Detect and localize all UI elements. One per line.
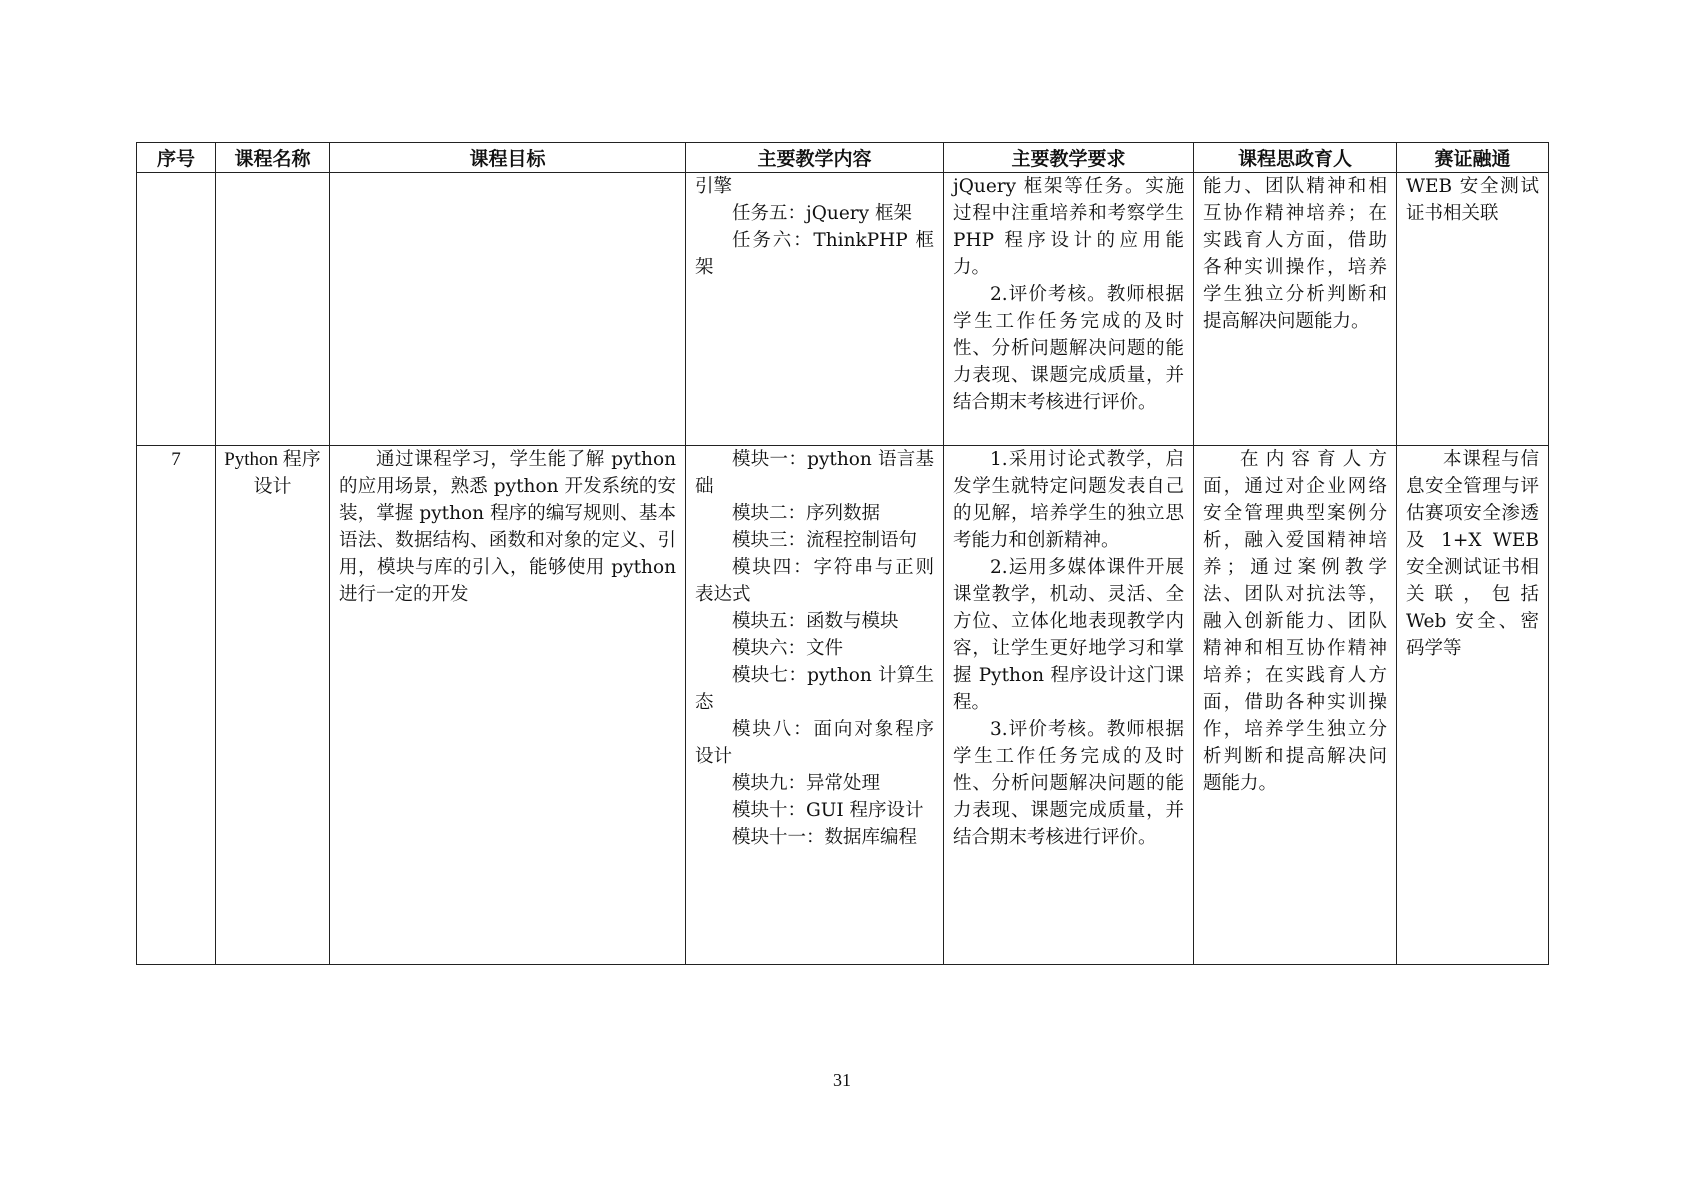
teaching-requirements-cell: 1.采用讨论式教学，启发学生就特定问题发表自己的见解，培养学生的独立思考能力和创… bbox=[944, 446, 1194, 965]
certification-cell: WEB 安全测试证书相关联 bbox=[1397, 173, 1549, 446]
table-row: 引擎任务五：jQuery 框架任务六：ThinkPHP 框架 jQuery 框架… bbox=[137, 173, 1549, 446]
page-number: 31 bbox=[0, 1070, 1684, 1091]
certification-cell: 本课程与信息安全管理与评估赛项安全渗透及 1+X WEB 安全测试证书相关联，包… bbox=[1397, 446, 1549, 965]
course-goal-cell: 通过课程学习，学生能了解 python 的应用场景，熟悉 python 开发系统… bbox=[330, 446, 686, 965]
table-header-row: 序号 课程名称 课程目标 主要教学内容 主要教学要求 课程思政育人 赛证融通 bbox=[137, 143, 1549, 173]
paragraph: WEB 安全测试证书相关联 bbox=[1406, 173, 1539, 227]
table-row: 7 Python 程序设计 通过课程学习，学生能了解 python 的应用场景，… bbox=[137, 446, 1549, 965]
paragraph: 模块四：字符串与正则表达式 bbox=[695, 554, 934, 608]
paragraph: 模块一：python 语言基础 bbox=[695, 446, 934, 500]
paragraph: jQuery 框架等任务。实施过程中注重培养和考察学生 PHP 程序设计的应用能… bbox=[953, 173, 1184, 281]
paragraph: 1.采用讨论式教学，启发学生就特定问题发表自己的见解，培养学生的独立思考能力和创… bbox=[953, 446, 1184, 554]
paragraph: 模块六：文件 bbox=[695, 635, 934, 662]
paragraph: 模块十一：数据库编程 bbox=[695, 824, 934, 851]
paragraph: 模块十：GUI 程序设计 bbox=[695, 797, 934, 824]
header-teaching-requirements: 主要教学要求 bbox=[944, 143, 1194, 173]
seq-cell bbox=[137, 173, 216, 446]
paragraph: 引擎 bbox=[695, 173, 934, 200]
ideology-cell: 能力、团队精神和相互协作精神培养；在实践育人方面，借助各种实训操作，培养学生独立… bbox=[1194, 173, 1397, 446]
paragraph: 模块七：python 计算生态 bbox=[695, 662, 934, 716]
paragraph: 任务五：jQuery 框架 bbox=[695, 200, 934, 227]
teaching-content-cell: 引擎任务五：jQuery 框架任务六：ThinkPHP 框架 bbox=[686, 173, 944, 446]
paragraph: 在内容育人方面，通过对企业网络安全管理典型案例分析，融入爱国精神培养；通过案例教… bbox=[1203, 446, 1387, 797]
teaching-content-cell: 模块一：python 语言基础模块二：序列数据模块三：流程控制语句模块四：字符串… bbox=[686, 446, 944, 965]
paragraph: 任务六：ThinkPHP 框架 bbox=[695, 227, 934, 281]
paragraph: 2.评价考核。教师根据学生工作任务完成的及时性、分析问题解决问题的能力表现、课题… bbox=[953, 281, 1184, 416]
course-table: 序号 课程名称 课程目标 主要教学内容 主要教学要求 课程思政育人 赛证融通 引… bbox=[136, 142, 1549, 965]
paragraph: 能力、团队精神和相互协作精神培养；在实践育人方面，借助各种实训操作，培养学生独立… bbox=[1203, 173, 1387, 335]
paragraph: 通过课程学习，学生能了解 python 的应用场景，熟悉 python 开发系统… bbox=[339, 446, 676, 608]
header-seq: 序号 bbox=[137, 143, 216, 173]
ideology-cell: 在内容育人方面，通过对企业网络安全管理典型案例分析，融入爱国精神培养；通过案例教… bbox=[1194, 446, 1397, 965]
paragraph: 3.评价考核。教师根据学生工作任务完成的及时性、分析问题解决问题的能力表现、课题… bbox=[953, 716, 1184, 851]
course-goal-cell bbox=[330, 173, 686, 446]
paragraph: 模块九：异常处理 bbox=[695, 770, 934, 797]
paragraph: 模块八：面向对象程序设计 bbox=[695, 716, 934, 770]
seq-cell: 7 bbox=[137, 446, 216, 965]
paragraph: 模块五：函数与模块 bbox=[695, 608, 934, 635]
header-teaching-content: 主要教学内容 bbox=[686, 143, 944, 173]
header-course-goal: 课程目标 bbox=[330, 143, 686, 173]
course-name-cell bbox=[216, 173, 330, 446]
header-course-name: 课程名称 bbox=[216, 143, 330, 173]
header-competition-certification: 赛证融通 bbox=[1397, 143, 1549, 173]
teaching-requirements-cell: jQuery 框架等任务。实施过程中注重培养和考察学生 PHP 程序设计的应用能… bbox=[944, 173, 1194, 446]
paragraph: 2.运用多媒体课件开展课堂教学，机动、灵活、全方位、立体化地表现教学内容，让学生… bbox=[953, 554, 1184, 716]
paragraph: 本课程与信息安全管理与评估赛项安全渗透及 1+X WEB 安全测试证书相关联，包… bbox=[1406, 446, 1539, 662]
paragraph: 模块二：序列数据 bbox=[695, 500, 934, 527]
course-name-cell: Python 程序设计 bbox=[216, 446, 330, 965]
paragraph: 模块三：流程控制语句 bbox=[695, 527, 934, 554]
header-ideology-education: 课程思政育人 bbox=[1194, 143, 1397, 173]
